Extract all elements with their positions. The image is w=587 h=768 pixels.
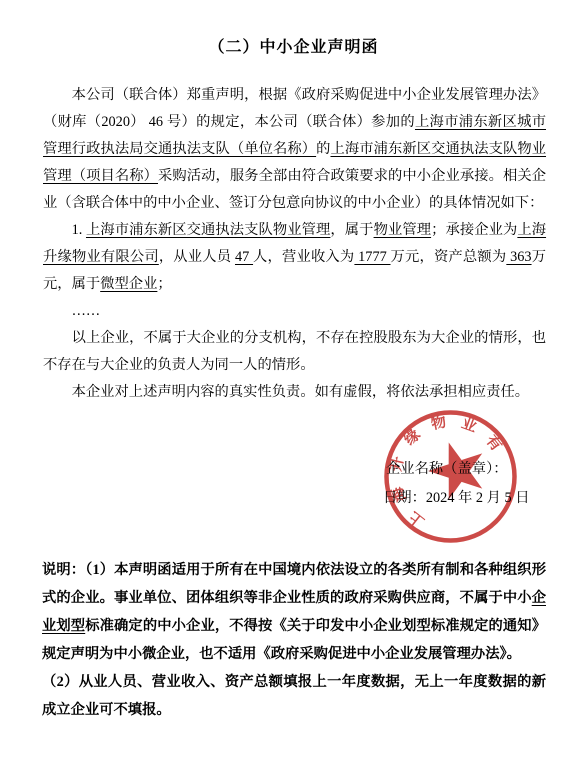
branch-statement-paragraph: 以上企业，不属于大企业的分支机构，不存在控股股东为大企业的情形，也不存在与大企业… — [43, 325, 546, 379]
text-segment: 的 — [316, 141, 330, 157]
text-segment: 人，营业收入为 — [253, 249, 354, 265]
enterprise-type-underlined: 微型企业 — [100, 276, 157, 292]
text-segment: 说明：（1）本声明函适用于所有在中国境内依法设立的各类所有制和各种组织形式的企业… — [42, 562, 546, 606]
declaration-letter-page: （二）中小企业声明函 本公司（联合体）郑重声明，根据《政府采购促进中小企业发展管… — [0, 0, 587, 768]
responsibility-paragraph: 本企业对上述声明内容的真实性负责。如有虚假，将依法承担相应责任。 — [43, 379, 546, 406]
revenue-underlined: 1777 — [354, 249, 390, 265]
document-title: （二）中小企业声明函 — [0, 34, 587, 57]
note-2: （2）从业人员、营业收入、资产总额填报上一年度数据，无上一年度数据的新成立企业可… — [42, 668, 546, 724]
text-segment: ，属于 — [330, 222, 373, 238]
industry-underlined: 物业管理 — [374, 222, 432, 238]
notes-section: 说明：（1）本声明函适用于所有在中国境内依法设立的各类所有制和各种组织形式的企业… — [42, 556, 546, 724]
employee-count-underlined: 47 — [235, 249, 253, 265]
enterprise-detail-item: 1. 上海市浦东新区交通执法支队物业管理，属于物业管理；承接企业为上海升缘物业有… — [43, 217, 546, 298]
document-body: 本公司（联合体）郑重声明，根据《政府采购促进中小企业发展管理办法》（财库（202… — [43, 82, 546, 406]
text-segment: ；承接企业为 — [431, 222, 517, 238]
text-segment: ，从业人员 — [159, 249, 235, 265]
note-1: 说明：（1）本声明函适用于所有在中国境内依法设立的各类所有制和各种组织形式的企业… — [42, 556, 546, 668]
date-line: 日期：2024 年 2 月 5 日 — [383, 489, 530, 507]
company-name-label: 企业名称（盖章）： — [386, 460, 508, 478]
assets-underlined: 363 — [506, 249, 531, 265]
text-segment: 万元，资产总额为 — [391, 249, 507, 265]
text-segment: 标准确定的中小企业，不得按《关于印发中小企业划型标准规定的通知》规定声明为中小微… — [42, 618, 546, 662]
contract-name-underlined: 上海市浦东新区交通执法支队物业管理 — [86, 222, 330, 238]
declaration-intro-paragraph: 本公司（联合体）郑重声明，根据《政府采购促进中小企业发展管理办法》（财库（202… — [43, 82, 546, 217]
ellipsis-line: …… — [43, 298, 546, 325]
text-segment: ； — [157, 276, 171, 292]
item-number: 1. — [72, 222, 86, 238]
